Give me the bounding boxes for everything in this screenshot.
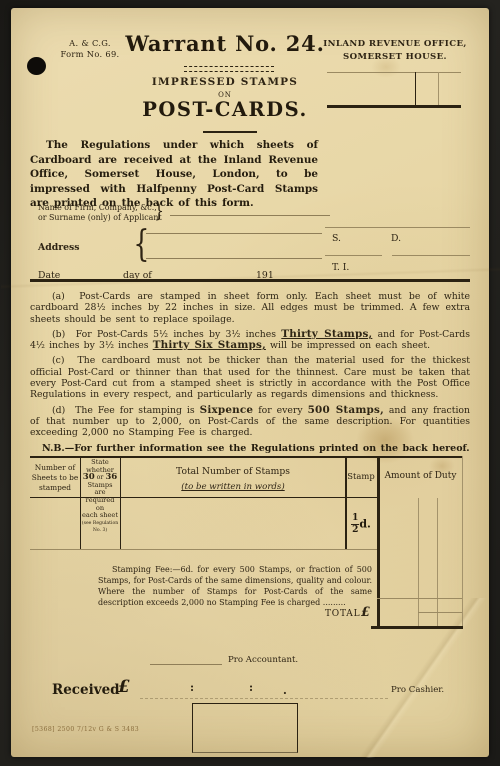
regulations-block: (a) Post-Cards are stamped in sheet form…: [30, 291, 470, 458]
regulation-b: (b) For Post-Cards 5½ inches by 3½ inche…: [30, 329, 470, 352]
s-cell-label: S.: [332, 233, 341, 244]
received-label: Received: [52, 682, 120, 698]
office-box-bottom-rule: [327, 105, 461, 108]
total-box-top-rule: [377, 598, 462, 599]
table-stamp-duty-divider: [377, 456, 380, 628]
table-right-edge: [462, 456, 463, 628]
subtitle-rule: [203, 131, 257, 133]
col-header-total-stamps: Total Number of Stamps: [125, 466, 341, 477]
office-address: INLAND REVENUE OFFICE, SOMERSET HOUSE.: [320, 38, 470, 64]
office-box-top-rule: [327, 72, 461, 73]
total-currency-sign: £: [361, 605, 370, 620]
accountant-signature-line: [150, 664, 222, 665]
office-box-divider-light: [438, 72, 439, 106]
table-body-bottom-rule: [30, 549, 377, 550]
paper-crease: [311, 598, 500, 758]
received-separator-3: .: [283, 684, 287, 697]
regulation-a-text: Post-Cards are stamped in sheet form onl…: [30, 291, 470, 325]
col-header-sheets: Number of Sheets to be stamped: [31, 463, 79, 493]
pro-accountant-label: Pro Accountant.: [228, 655, 298, 665]
halfpenny-stamp-value: 12d.: [346, 514, 376, 535]
received-currency-sign: £: [118, 677, 130, 697]
received-separator-1: :: [190, 681, 194, 694]
received-separator-2: :: [249, 681, 253, 694]
regulation-a: (a) Post-Cards are stamped in sheet form…: [30, 291, 470, 325]
col-header-total-stamps-sub: (to be written in words): [125, 482, 341, 492]
print-code: [5368] 2500 7/12v G & S 3483: [32, 726, 139, 733]
sixpence-emphasis: Sixpence: [200, 404, 254, 416]
col-header-stamp: Stamp: [345, 471, 377, 481]
received-amount-line: [140, 698, 388, 699]
document-title: Warrant No. 24.: [125, 31, 325, 56]
total-box-mid-rule: [418, 612, 462, 613]
sd-box-top-rule: [325, 227, 470, 228]
scanned-document: A. & C.G. Form No. 69. Warrant No. 24. I…: [0, 0, 500, 766]
d-cell-bottom-rule: [392, 255, 470, 256]
address-fill-line-1: [146, 233, 322, 234]
stamping-fee-note: Stamping Fee:—6d. for every 500 Stamps, …: [98, 564, 372, 608]
regulation-a-label: (a): [52, 291, 65, 302]
pro-cashier-label: Pro Cashier.: [391, 685, 444, 695]
intro-paragraph: The Regulations under which sheets of Ca…: [30, 138, 318, 211]
see-regulation-note: (see Regulation No. 3): [81, 520, 119, 535]
regulation-c-text: The cardboard must not be thicker than t…: [30, 355, 470, 400]
regulation-d-label: (d): [52, 405, 65, 416]
nb-note: N.B.—For further information see the Reg…: [30, 443, 470, 454]
thirty-six-stamps-emphasis: Thirty Six Stamps,: [153, 339, 266, 351]
regulation-c: (c) The cardboard must not be thicker th…: [30, 355, 470, 400]
col-header-amount-of-duty: Amount of Duty: [379, 471, 462, 481]
d-cell-label: D.: [391, 233, 401, 244]
address-field-label: Address: [38, 242, 80, 253]
total-box-bottom-rule: [371, 626, 463, 629]
table-col2-divider: [120, 456, 121, 550]
name-field-label: Name of Firm, Company, &c., or Surname (…: [38, 203, 168, 223]
office-box-divider: [415, 72, 416, 106]
form-reference: A. & C.G. Form No. 69.: [50, 38, 130, 59]
subtitle-impressed-stamps: IMPRESSED STAMPS: [130, 76, 320, 88]
title-rule: [184, 66, 274, 72]
thirty-stamps-emphasis: Thirty Stamps,: [281, 328, 372, 340]
ti-cell-label: T. I.: [332, 262, 349, 273]
section-divider-rule: [30, 279, 470, 282]
col-header-stamps-required: State whether 30 or 36 Stamps are requir…: [81, 459, 119, 535]
duty-subdivider-1: [418, 498, 419, 628]
s-cell-bottom-rule: [325, 255, 382, 256]
address-fill-line-2: [146, 258, 322, 259]
duty-subdivider-2: [437, 498, 438, 628]
name-fill-line: [170, 215, 330, 216]
five-hundred-stamps-emphasis: 500 Stamps,: [308, 404, 384, 416]
regulation-b-label: (b): [52, 329, 65, 340]
regulation-c-label: (c): [52, 355, 64, 366]
stamp-impression-box: [192, 703, 298, 753]
name-field-brace: }: [154, 200, 164, 222]
regulation-d: (d) The Fee for stamping is Sixpence for…: [30, 405, 470, 439]
total-label: TOTAL: [325, 609, 360, 619]
subtitle-postcards: POST-CARDS.: [120, 98, 330, 121]
punch-hole: [27, 57, 46, 75]
